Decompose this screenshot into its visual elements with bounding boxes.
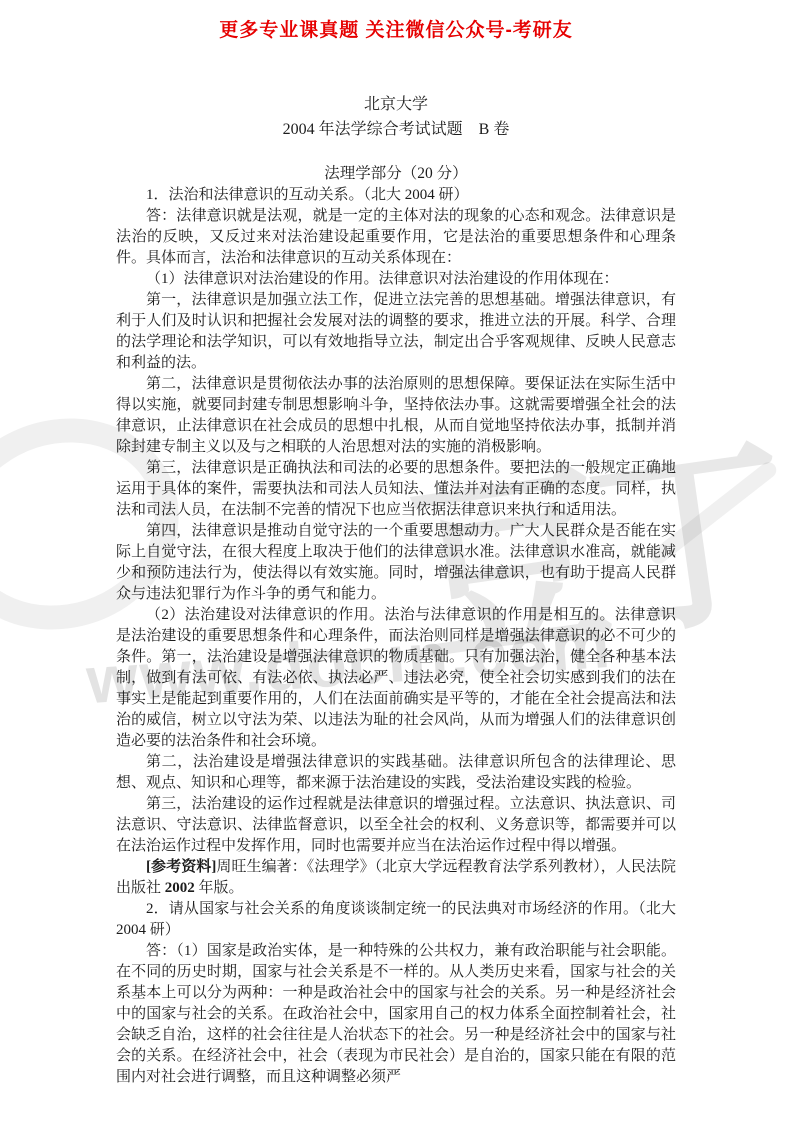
text-run: 答：（1）国家是政治实体，是一种特殊的公共权力，兼有政治职能与社会职能。在不同的…: [116, 943, 676, 1085]
text-run: 2．请从国家与社会关系的角度谈谈制定统一的民法典对市场经济的作用。（北大 200…: [116, 901, 676, 938]
text-run: 第二，法律意识是贯彻依法办事的法治原则的思想保障。要保证法在实际生活中得以实施，…: [116, 376, 676, 455]
document-content: 更多专业课真题 关注微信公众号-考研友 北京大学 2004 年法学综合考试试题 …: [0, 0, 792, 1088]
paragraph: 答：（1）国家是政治实体，是一种特殊的公共权力，兼有政治职能与社会职能。在不同的…: [116, 941, 676, 1088]
text-run: （2）法治建设对法律意识的作用。法治与法律意识的作用是相互的。法律意识是法治建设…: [116, 607, 676, 749]
paragraph: 1．法治和法律意识的互动关系。（北大 2004 研）: [116, 185, 676, 206]
paragraphs: 1．法治和法律意识的互动关系。（北大 2004 研）答：法律意识就是法观，就是一…: [116, 185, 676, 1088]
paragraph: 2．请从国家与社会关系的角度谈谈制定统一的民法典对市场经济的作用。（北大 200…: [116, 899, 676, 941]
paragraph: 第四，法律意识是推动自觉守法的一个重要思想动力。广大人民群众是否能在实际上自觉守…: [116, 521, 676, 605]
text-run: 年版。: [195, 880, 244, 896]
text-run: 第四，法律意识是推动自觉守法的一个重要思想动力。广大人民群众是否能在实际上自觉守…: [116, 523, 676, 602]
text-run: 2002: [165, 880, 195, 896]
section-heading: 法理学部分（20 分）: [0, 163, 792, 184]
paragraph: （1）法律意识对法治建设的作用。法律意识对法治建设的作用体现在：: [116, 269, 676, 290]
text-run: 第三，法律意识是正确执法和司法的必要的思想条件。要把法的一般规定正确地运用于具体…: [116, 460, 676, 518]
paragraph: 第三，法治建设的运作过程就是法律意识的增强过程。立法意识、执法意识、司法意识、守…: [116, 794, 676, 857]
paragraph: （2）法治建设对法律意识的作用。法治与法律意识的作用是相互的。法律意识是法治建设…: [116, 605, 676, 752]
text-run: 第一，法律意识是加强立法工作，促进立法完善的思想基础。增强法律意识，有利于人们及…: [116, 292, 676, 371]
text-run: 第二，法治建设是增强法律意识的实践基础。法律意识所包含的法律理论、思想、观点、知…: [116, 754, 676, 791]
title-block: 北京大学 2004 年法学综合考试试题 B 卷: [0, 92, 792, 142]
promo-banner: 更多专业课真题 关注微信公众号-考研友: [0, 0, 792, 42]
exam-title: 2004 年法学综合考试试题 B 卷: [0, 117, 792, 142]
university-title: 北京大学: [0, 92, 792, 117]
paragraph: 第三，法律意识是正确执法和司法的必要的思想条件。要把法的一般规定正确地运用于具体…: [116, 458, 676, 521]
paragraph: 第二，法律意识是贯彻依法办事的法治原则的思想保障。要保证法在实际生活中得以实施，…: [116, 374, 676, 458]
document-page: 豆丁 www.docin.com 更多专业课真题 关注微信公众号-考研友 北京大…: [0, 0, 792, 1122]
text-run: （1）法律意识对法治建设的作用。法律意识对法治建设的作用体现在：: [146, 271, 619, 287]
paragraph: 第一，法律意识是加强立法工作，促进立法完善的思想基础。增强法律意识，有利于人们及…: [116, 290, 676, 374]
text-run: 第三，法治建设的运作过程就是法律意识的增强过程。立法意识、执法意识、司法意识、守…: [116, 796, 676, 854]
text-run: 1．法治和法律意识的互动关系。（北大 2004 研）: [146, 187, 469, 203]
text-run: [参考资料]: [146, 859, 216, 875]
paragraph: [参考资料]周旺生编著：《法理学》（北京大学远程教育法学系列教材），人民法院出版…: [116, 857, 676, 899]
paragraph: 答：法律意识就是法观，就是一定的主体对法的现象的心态和观念。法律意识是法治的反映…: [116, 206, 676, 269]
paragraph: 第二，法治建设是增强法律意识的实践基础。法律意识所包含的法律理论、思想、观点、知…: [116, 752, 676, 794]
text-run: 答：法律意识就是法观，就是一定的主体对法的现象的心态和观念。法律意识是法治的反映…: [116, 208, 676, 266]
